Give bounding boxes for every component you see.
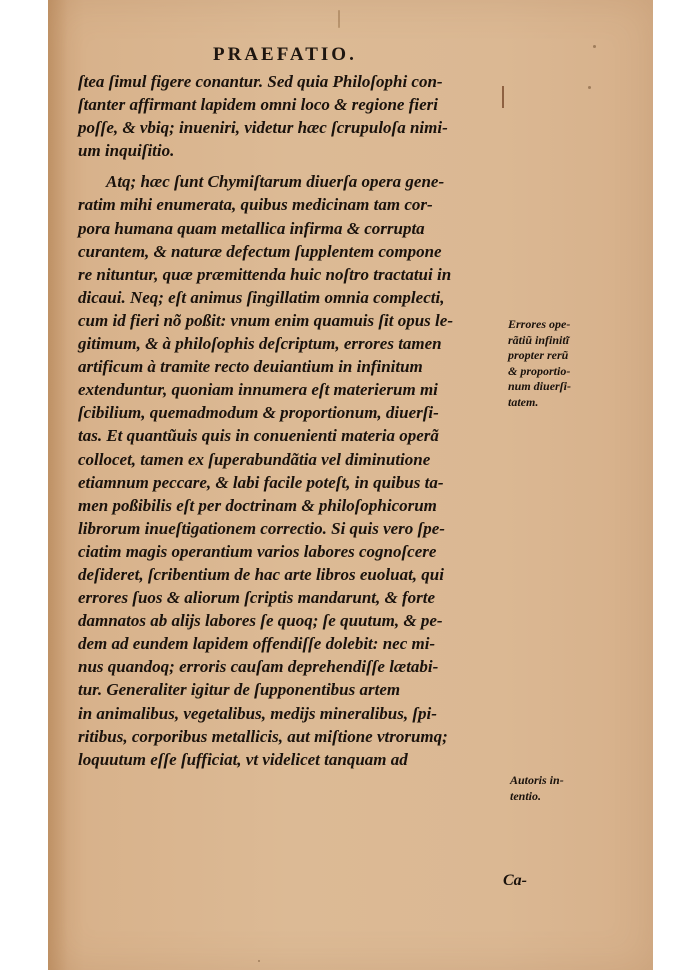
margin-note-line: tatem. — [508, 395, 571, 411]
text-line: re nituntur, quæ præmittenda huic noſtro… — [78, 263, 538, 286]
text-line: ſtanter affirmant lapidem omni loco & re… — [78, 93, 538, 116]
text-line: tur. Generaliter igitur de ſupponentibus… — [78, 678, 538, 701]
text-line: etiamnum peccare, & labi facile poteſt, … — [78, 471, 538, 494]
text-line: tas. Et quantũuis quis in conuenienti ma… — [78, 424, 538, 447]
body-text: ſtea ſimul figere conantur. Sed quia Phi… — [78, 70, 538, 771]
book-page: PRAEFATIO. ſtea ſimul figere conantur. S… — [48, 0, 653, 970]
text-line: Atq; hæc ſunt Chymiſtarum diuerſa opera … — [78, 170, 538, 193]
margin-note-line: propter rerũ — [508, 348, 571, 364]
text-line: um inquiſitio. — [78, 139, 538, 162]
text-line: gitimum, & à philoſophis deſcriptum, err… — [78, 332, 538, 355]
text-line: curantem, & naturæ defectum ſupplentem c… — [78, 240, 538, 263]
text-line: ciatim magis operantium varios labores c… — [78, 540, 538, 563]
text-line: nus quandoq; erroris cauſam deprehendiſſ… — [78, 655, 538, 678]
text-line: in animalibus, vegetalibus, medijs miner… — [78, 702, 538, 725]
text-line: damnatos ab alijs labores ſe quoq; ſe qu… — [78, 609, 538, 632]
text-line: loquutum eſſe ſufficiat, vt videlicet ta… — [78, 748, 538, 771]
margin-note-line: Errores ope- — [508, 317, 571, 333]
margin-note-line: Autoris in- — [510, 773, 564, 789]
margin-note-line: & proportio- — [508, 364, 571, 380]
page-header: PRAEFATIO. — [213, 44, 357, 66]
text-line: deſideret, ſcribentium de hac arte libro… — [78, 563, 538, 586]
text-line: cum id fieri nõ poßit: vnum enim quamuis… — [78, 309, 538, 332]
catchword: Ca- — [503, 872, 527, 890]
text-line: pora humana quam metallica infirma & cor… — [78, 217, 538, 240]
text-line: ſcibilium, quemadmodum & proportionum, d… — [78, 401, 538, 424]
paper-speck — [258, 960, 260, 962]
text-line: men poßibilis eſt per doctrinam & philoſ… — [78, 494, 538, 517]
paper-speck — [588, 86, 591, 89]
text-line: errores ſuos & aliorum ſcriptis mandarun… — [78, 586, 538, 609]
text-line: ſtea ſimul figere conantur. Sed quia Phi… — [78, 70, 538, 93]
margin-note-line: rãtiũ infinitĩ — [508, 333, 571, 349]
margin-note-line: num diuerſi- — [508, 379, 571, 395]
paper-stain — [338, 10, 340, 28]
text-line: dem ad eundem lapidem offendiſſe dolebit… — [78, 632, 538, 655]
text-line: ritibus, corporibus metallicis, aut miſt… — [78, 725, 538, 748]
text-line: artificum à tramite recto deuiantium in … — [78, 355, 538, 378]
text-line: dicaui. Neq; eſt animus ſingillatim omni… — [78, 286, 538, 309]
margin-note-author-intent: Autoris in- tentio. — [510, 773, 564, 804]
paper-speck — [593, 45, 596, 48]
text-line: poſſe, & vbiq; inueniri, videtur hæc ſcr… — [78, 116, 538, 139]
text-line: librorum inueſtigationem correctio. Si q… — [78, 517, 538, 540]
text-line: extenduntur, quoniam innumera eſt materi… — [78, 378, 538, 401]
text-line: collocet, tamen ex ſuperabundãtia vel di… — [78, 448, 538, 471]
text-line: ratim mihi enumerata, quibus medicinam t… — [78, 193, 538, 216]
margin-note-errors: Errores ope- rãtiũ infinitĩ propter rerũ… — [508, 317, 571, 410]
margin-note-line: tentio. — [510, 789, 564, 805]
